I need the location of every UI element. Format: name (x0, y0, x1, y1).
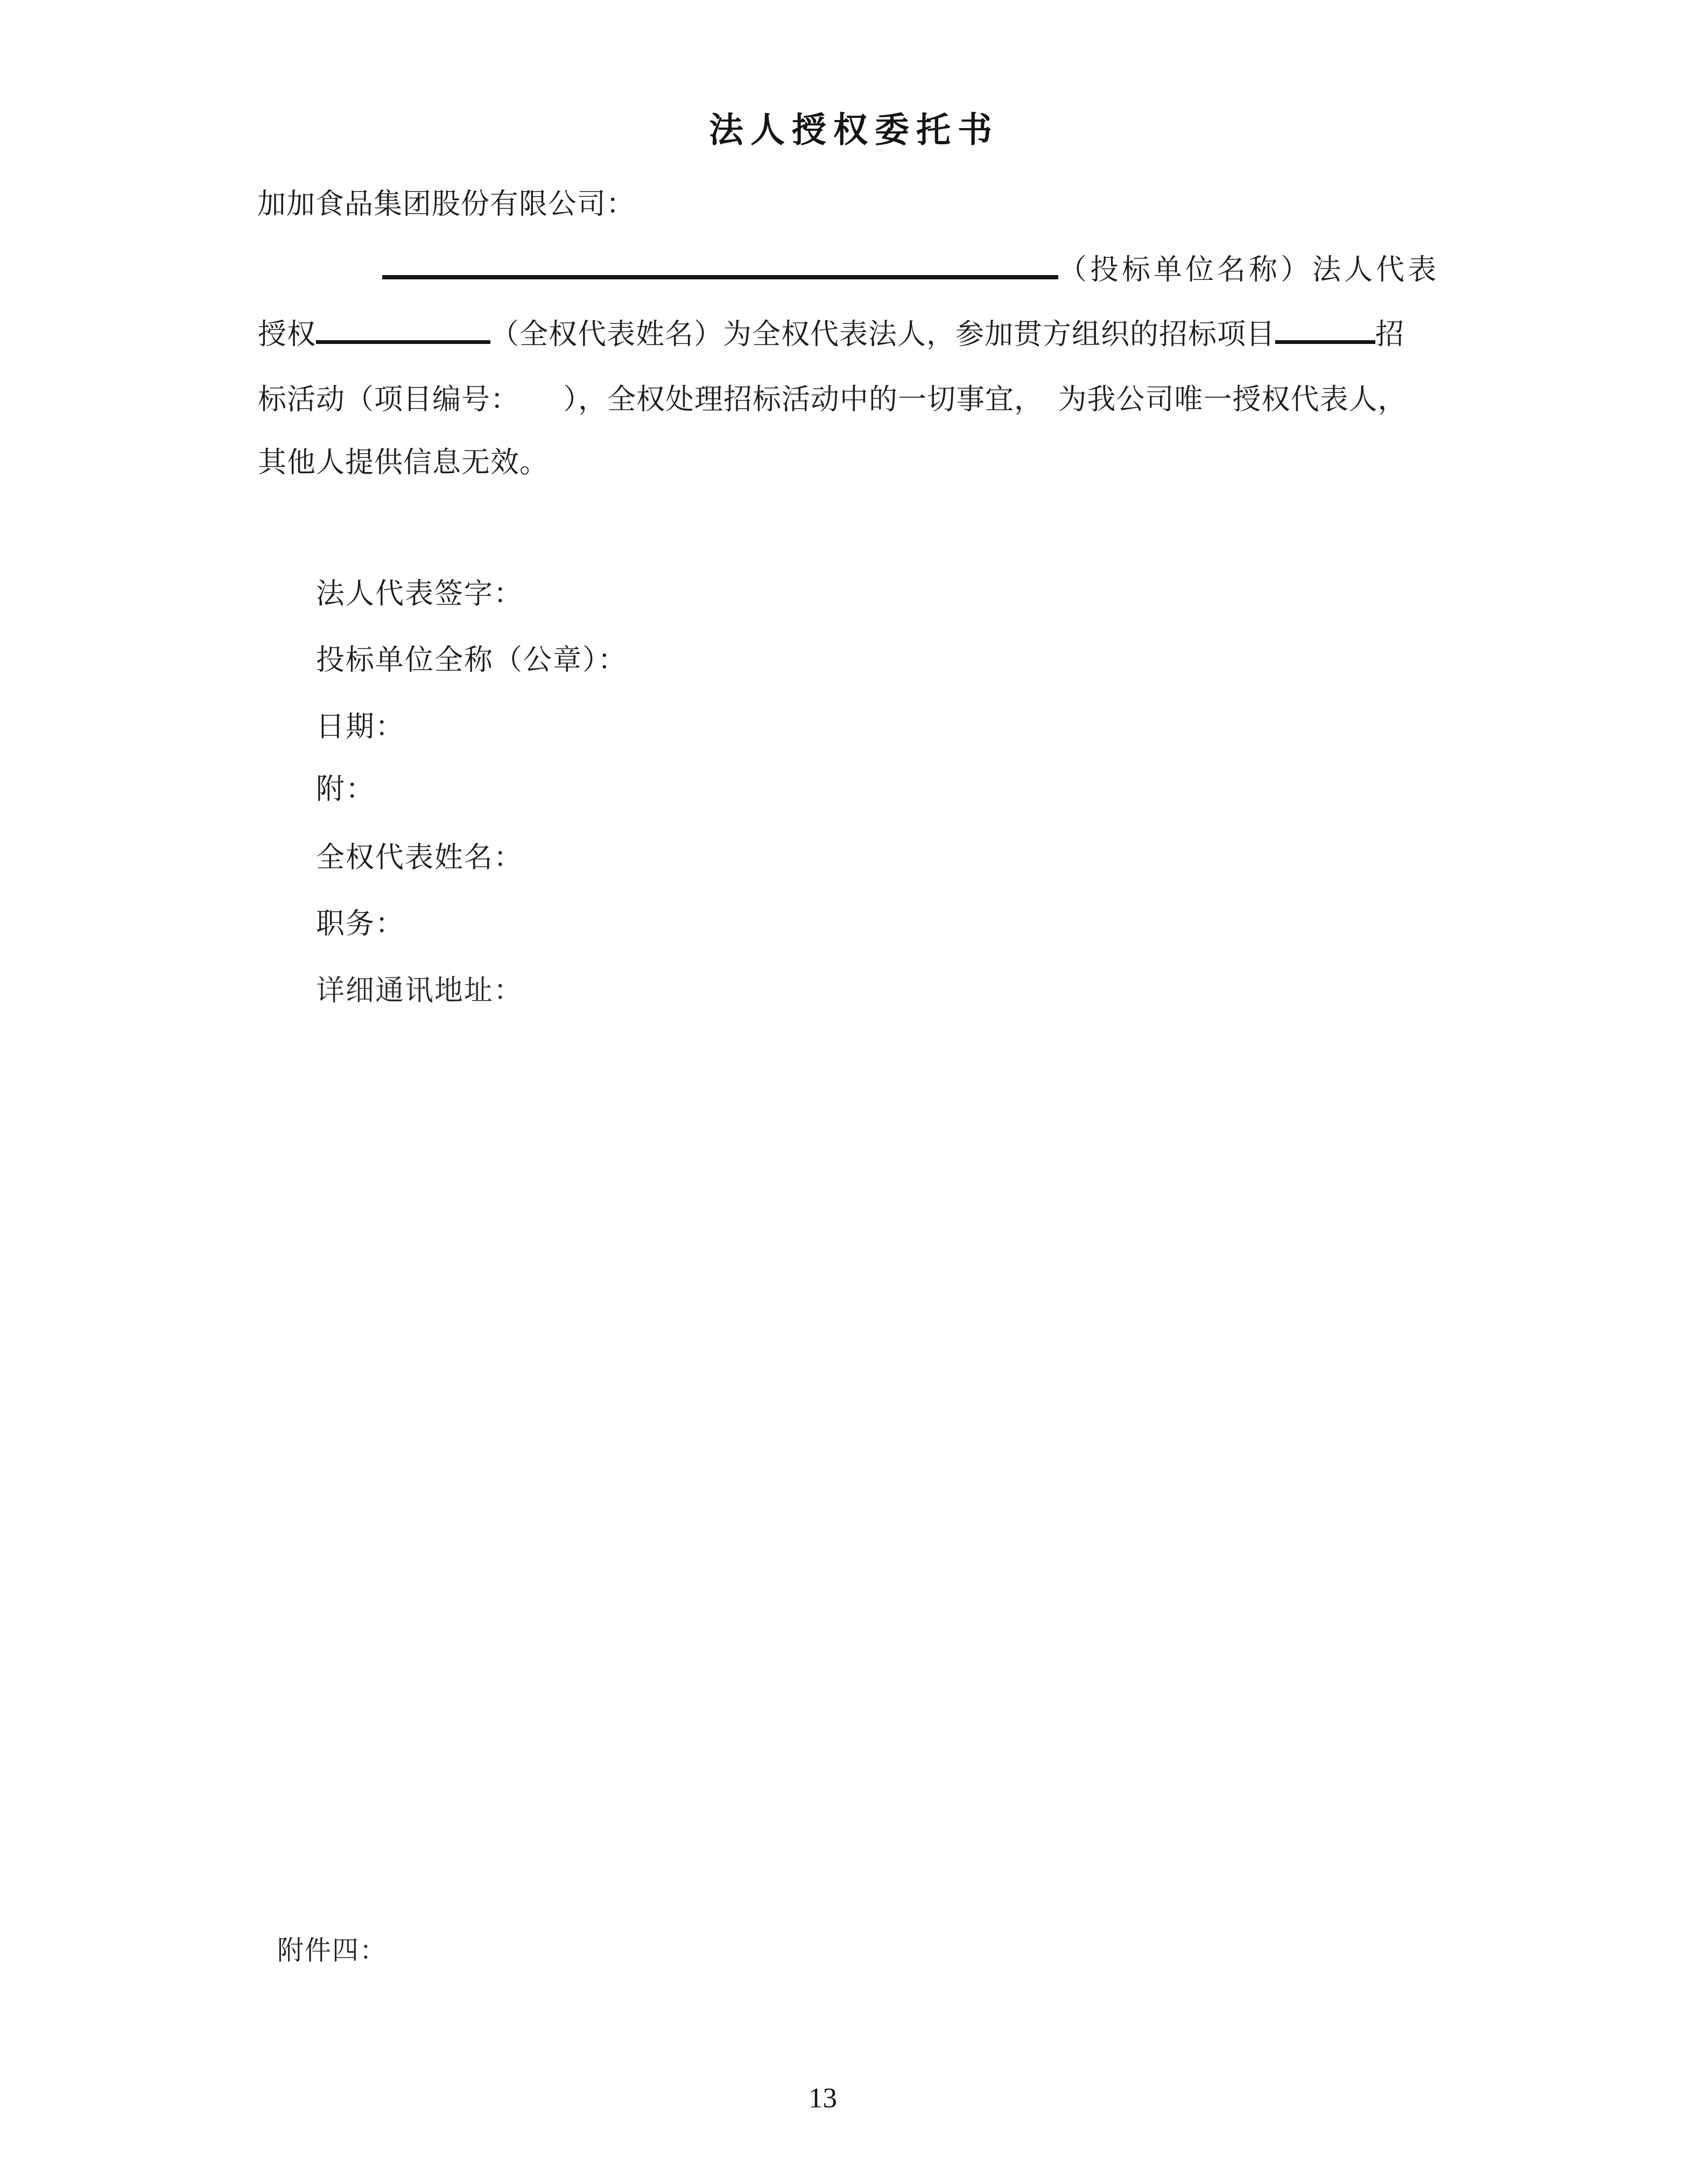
bidder-name-line: （投标单位名称）法人代表 (382, 254, 1439, 287)
label-legal-representative-signature: 法人代表签字： (316, 579, 523, 610)
attachment-four-note: 附件四： (277, 1930, 387, 1967)
label-representative-name: 全权代表姓名： (316, 842, 523, 874)
document-page: 法人授权委托书 加加食品集团股份有限公司： （投标单位名称）法人代表 授权（全权… (0, 0, 1708, 2180)
page-number: 13 (809, 2082, 837, 2114)
representative-name-blank-underline (316, 333, 490, 344)
authorize-prefix: 授权 (258, 319, 316, 350)
salutation-line: 加加食品集团股份有限公司： (257, 188, 635, 221)
bidder-name-label: （投标单位名称）法人代表 (1058, 255, 1439, 286)
label-mailing-address: 详细通讯地址： (316, 975, 523, 1007)
label-position: 职务： (316, 909, 405, 940)
bidder-name-blank-underline (382, 268, 1058, 279)
authorization-suffix: 招 (1375, 319, 1404, 350)
invalid-info-line: 其他人提供信息无效。 (258, 447, 549, 480)
document-title: 法人授权委托书 (0, 102, 1708, 152)
label-date: 日期： (316, 712, 405, 743)
authorization-line: 授权（全权代表姓名）为全权代表法人，参加贯方组织的招标项目招 (258, 319, 1404, 351)
tender-activity-line: 标活动（项目编号： ），全权处理招标活动中的一切事宜， 为我公司唯一授权代表人， (258, 384, 1407, 417)
label-bidder-full-name-seal: 投标单位全称（公章）： (316, 645, 628, 676)
label-attachment: 附： (316, 774, 375, 805)
project-name-blank-underline (1275, 333, 1375, 344)
authorization-body-text: （全权代表姓名）为全权代表法人，参加贯方组织的招标项目 (490, 319, 1275, 350)
